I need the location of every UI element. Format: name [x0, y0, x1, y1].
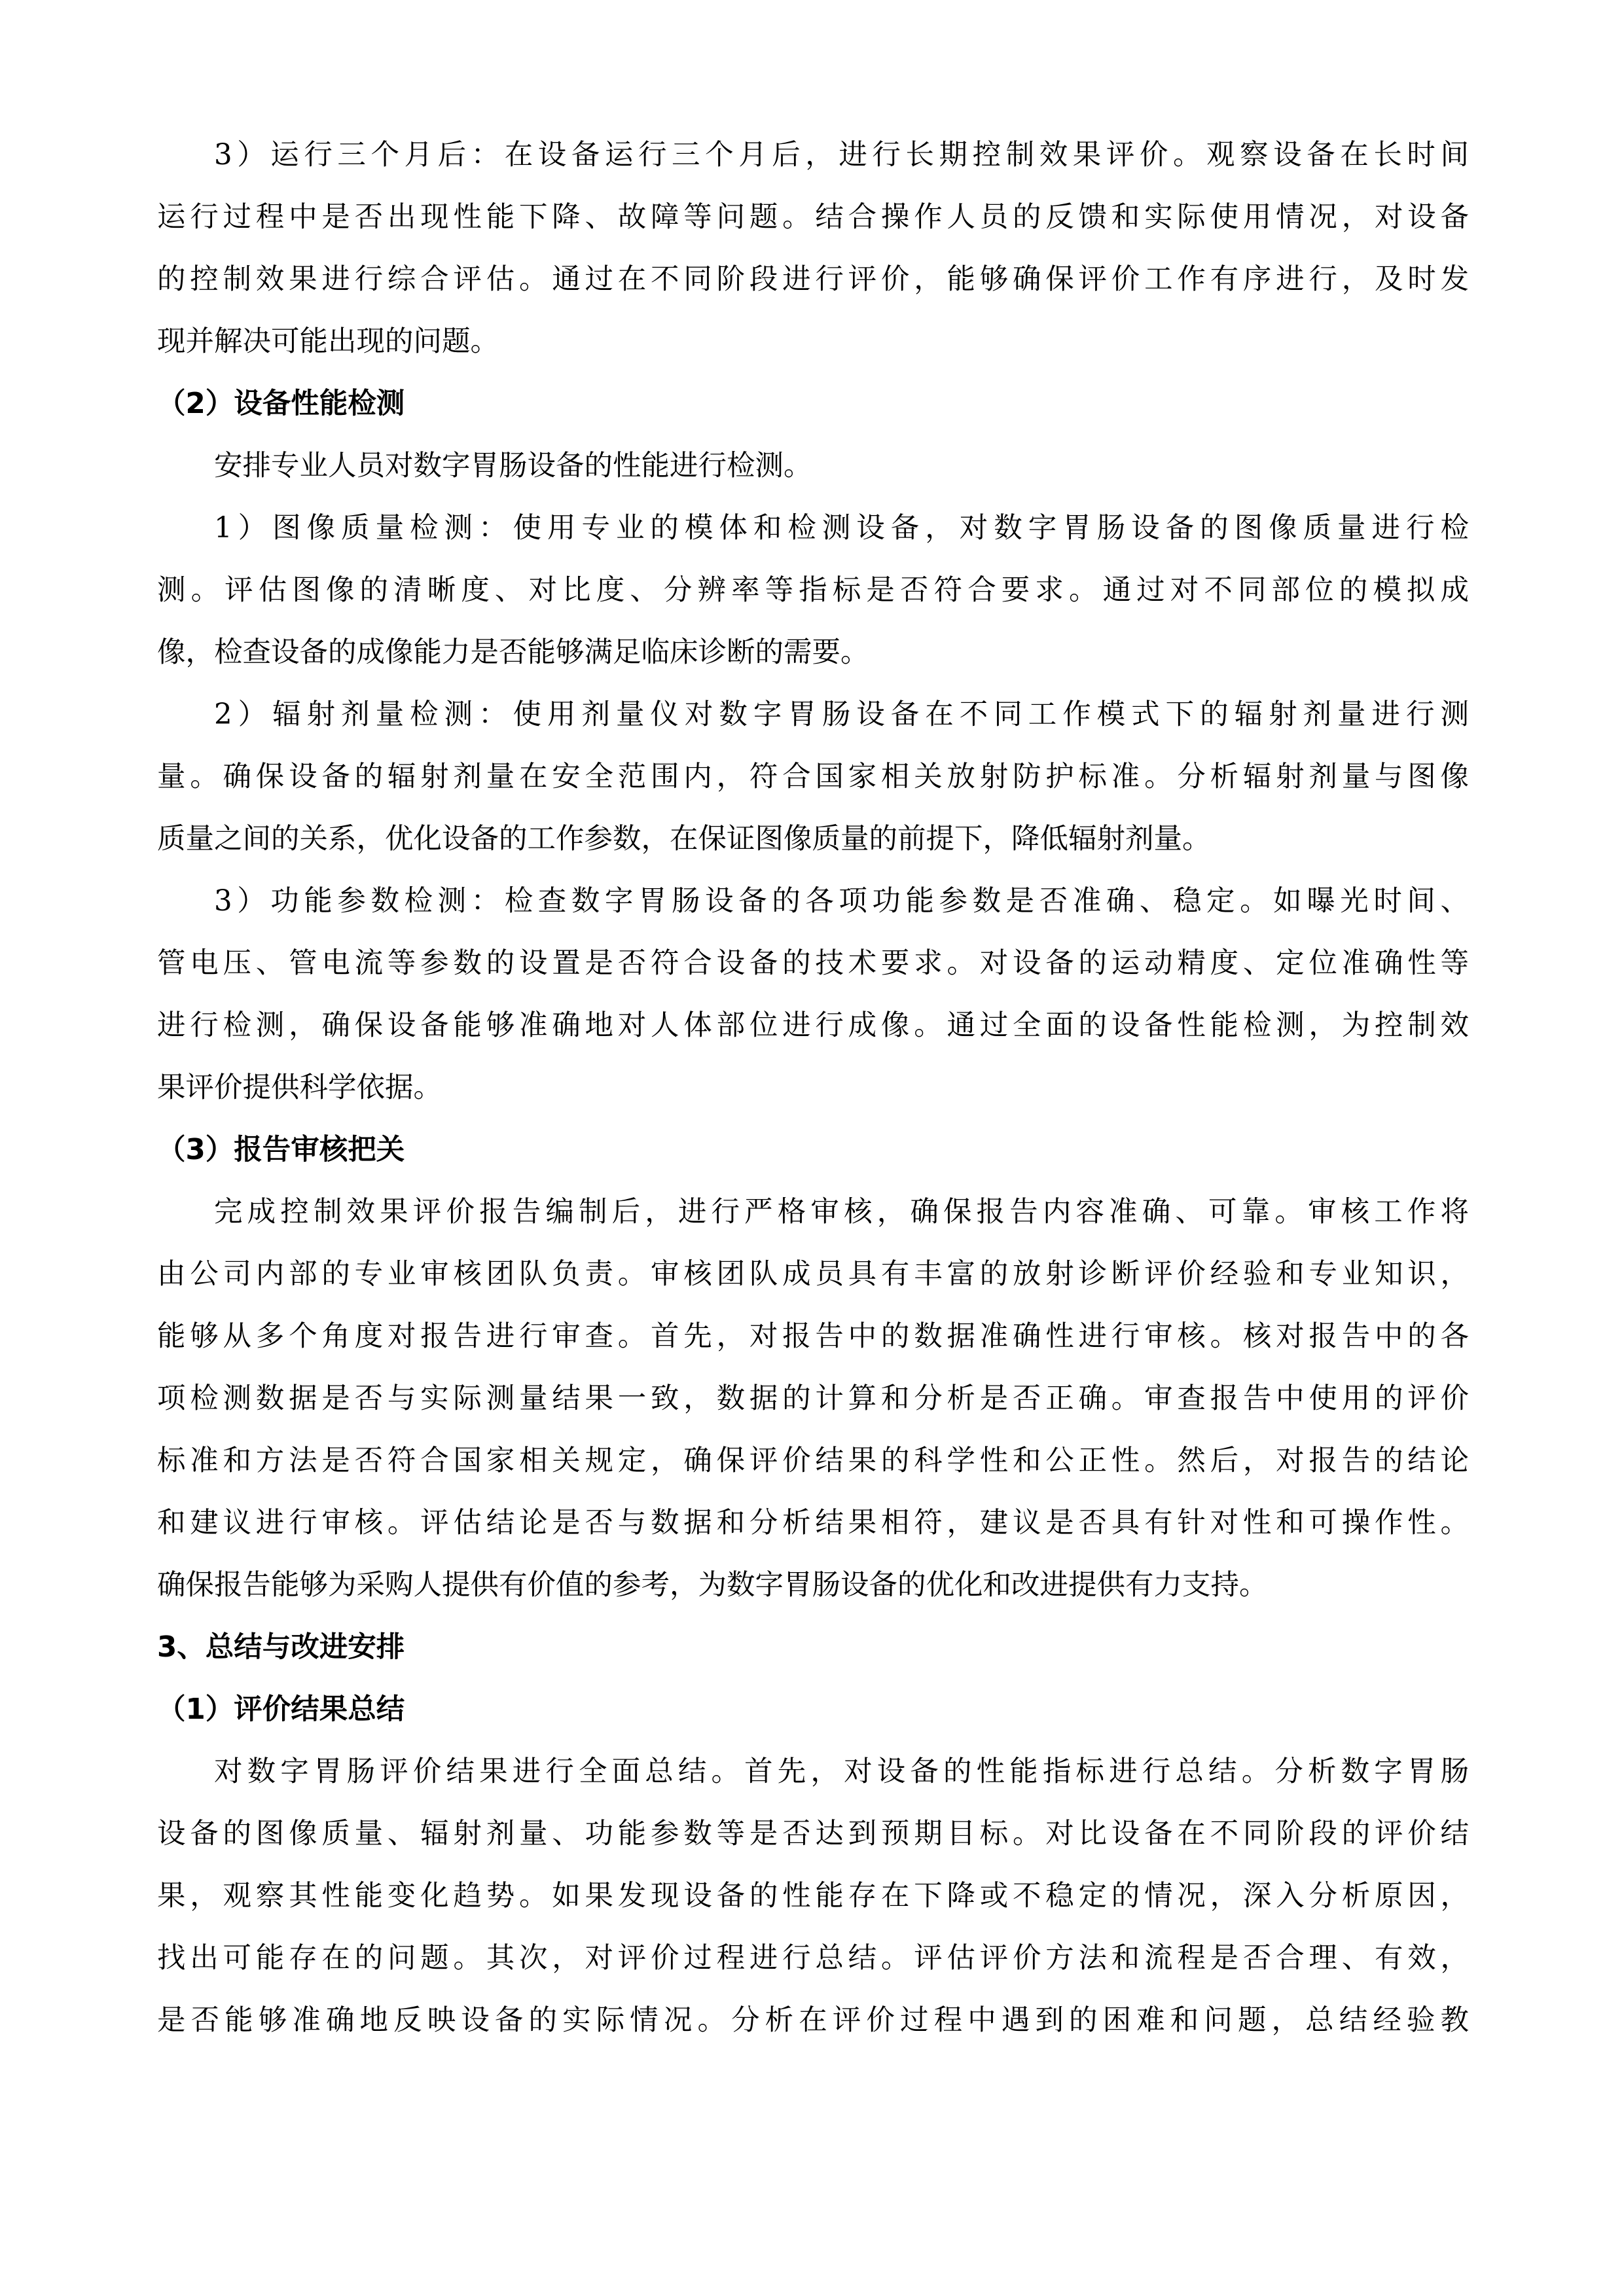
text-line: 是否能够准确地反映设备的实际情况。分析在评价过程中遇到的困难和问题，总结经验教 — [157, 1990, 1469, 2052]
text-line: 3）运行三个月后：在设备运行三个月后，进行长期控制效果评价。观察设备在长时间 — [157, 124, 1469, 187]
text-line: 标准和方法是否符合国家相关规定，确保评价结果的科学性和公正性。然后，对报告的结论 — [157, 1430, 1469, 1492]
text-line: 能够从多个角度对报告进行审查。首先，对报告中的数据准确性进行审核。核对报告中的各 — [157, 1306, 1469, 1368]
text-line: 完成控制效果评价报告编制后，进行严格审核，确保报告内容准确、可靠。审核工作将 — [157, 1181, 1469, 1244]
section-heading-equipment-performance-testing: （2）设备性能检测 — [157, 373, 1469, 435]
paragraph-image-quality-testing: 1）图像质量检测：使用专业的模体和检测设备，对数字胃肠设备的图像质量进行检 测。… — [157, 497, 1469, 684]
text-line: 运行过程中是否出现性能下降、故障等问题。结合操作人员的反馈和实际使用情况，对设备 — [157, 187, 1469, 249]
paragraph-radiation-dose-testing: 2）辐射剂量检测：使用剂量仪对数字胃肠设备在不同工作模式下的辐射剂量进行测 量。… — [157, 684, 1469, 870]
text-line: 设备的图像质量、辐射剂量、功能参数等是否达到预期目标。对比设备在不同阶段的评价结 — [157, 1803, 1469, 1865]
text-line: 像，检查设备的成像能力是否能够满足临床诊断的需要。 — [157, 622, 1469, 684]
paragraph-long-term-evaluation: 3）运行三个月后：在设备运行三个月后，进行长期控制效果评价。观察设备在长时间 运… — [157, 124, 1469, 373]
text-line: 确保报告能够为采购人提供有价值的参考，为数字胃肠设备的优化和改进提供有力支持。 — [157, 1554, 1469, 1617]
text-line: 1）图像质量检测：使用专业的模体和检测设备，对数字胃肠设备的图像质量进行检 — [157, 497, 1469, 560]
text-line: 项检测数据是否与实际测量结果一致，数据的计算和分析是否正确。审查报告中使用的评价 — [157, 1368, 1469, 1430]
text-line: 由公司内部的专业审核团队负责。审核团队成员具有丰富的放射诊断评价经验和专业知识， — [157, 1244, 1469, 1306]
paragraph-report-review: 完成控制效果评价报告编制后，进行严格审核，确保报告内容准确、可靠。审核工作将 由… — [157, 1181, 1469, 1617]
text-line: 对数字胃肠评价结果进行全面总结。首先，对设备的性能指标进行总结。分析数字胃肠 — [157, 1741, 1469, 1803]
text-line: 的控制效果进行综合评估。通过在不同阶段进行评价，能够确保评价工作有序进行，及时发 — [157, 249, 1469, 311]
text-line: 果，观察其性能变化趋势。如果发现设备的性能存在下降或不稳定的情况，深入分析原因， — [157, 1865, 1469, 1928]
section-heading-evaluation-summary: （1）评价结果总结 — [157, 1679, 1469, 1741]
document-page: 3）运行三个月后：在设备运行三个月后，进行长期控制效果评价。观察设备在长时间 运… — [157, 124, 1469, 2052]
text-line: 量。确保设备的辐射剂量在安全范围内，符合国家相关放射防护标准。分析辐射剂量与图像 — [157, 746, 1469, 808]
text-line: 进行检测，确保设备能够准确地对人体部位进行成像。通过全面的设备性能检测，为控制效 — [157, 995, 1469, 1057]
text-line: 安排专业人员对数字胃肠设备的性能进行检测。 — [157, 435, 1469, 497]
text-line: 和建议进行审核。评估结论是否与数据和分析结果相符，建议是否具有针对性和可操作性。 — [157, 1492, 1469, 1554]
text-line: 测。评估图像的清晰度、对比度、分辨率等指标是否符合要求。通过对不同部位的模拟成 — [157, 560, 1469, 622]
text-line: 管电压、管电流等参数的设置是否符合设备的技术要求。对设备的运动精度、定位准确性等 — [157, 933, 1469, 995]
text-line: 果评价提供科学依据。 — [157, 1057, 1469, 1119]
text-line: 2）辐射剂量检测：使用剂量仪对数字胃肠设备在不同工作模式下的辐射剂量进行测 — [157, 684, 1469, 746]
text-line: 质量之间的关系，优化设备的工作参数，在保证图像质量的前提下，降低辐射剂量。 — [157, 808, 1469, 870]
paragraph-functional-parameter-testing: 3）功能参数检测：检查数字胃肠设备的各项功能参数是否准确、稳定。如曝光时间、 管… — [157, 870, 1469, 1119]
section-heading-report-review: （3）报告审核把关 — [157, 1119, 1469, 1181]
text-line: 找出可能存在的问题。其次，对评价过程进行总结。评估评价方法和流程是否合理、有效， — [157, 1928, 1469, 1990]
paragraph-evaluation-summary: 对数字胃肠评价结果进行全面总结。首先，对设备的性能指标进行总结。分析数字胃肠 设… — [157, 1741, 1469, 2052]
text-line: 现并解决可能出现的问题。 — [157, 311, 1469, 373]
text-line: 3）功能参数检测：检查数字胃肠设备的各项功能参数是否准确、稳定。如曝光时间、 — [157, 870, 1469, 933]
paragraph-testing-intro: 安排专业人员对数字胃肠设备的性能进行检测。 — [157, 435, 1469, 497]
section-heading-summary-and-improvement: 3、总结与改进安排 — [157, 1617, 1469, 1679]
